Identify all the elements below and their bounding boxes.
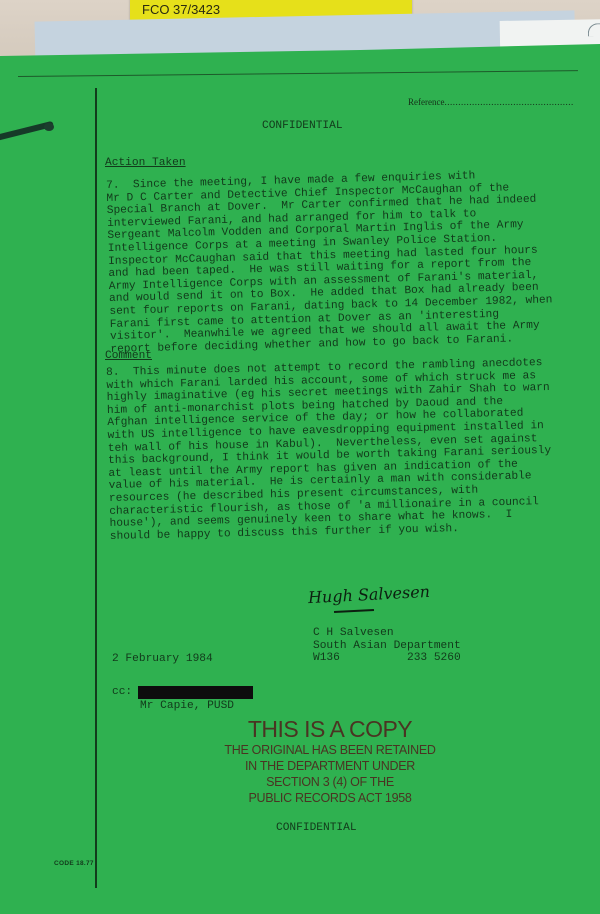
heading-action-taken: Action Taken: [105, 157, 186, 170]
heading-comment: Comment: [105, 350, 152, 363]
cc-recipient: Mr Capie, PUSD: [140, 700, 234, 713]
stamp-line-1: THE ORIGINAL HAS BEEN RETAINED: [200, 742, 460, 758]
reference-field: Reference...............................…: [408, 97, 574, 107]
paragraph-8: 8. This minute does not attempt to recor…: [106, 356, 580, 543]
treasury-tag-knot-icon: [44, 123, 54, 131]
paragraph-7: 7. Since the meeting, I have made a few …: [106, 168, 580, 357]
classification-bottom: CONFIDENTIAL: [276, 822, 357, 835]
signature-block: C H Salvesen South Asian Department W136…: [313, 627, 461, 665]
reference-dots: ........................................…: [444, 97, 573, 107]
pencil-mark: [588, 23, 600, 36]
form-code: CODE 18.77: [54, 860, 94, 867]
stamp-line-2: IN THE DEPARTMENT UNDER: [200, 758, 460, 774]
document-date: 2 February 1984: [112, 653, 213, 666]
margin-rule-line: [95, 88, 97, 888]
stamp-line-4: PUBLIC RECORDS ACT 1958: [200, 790, 460, 806]
stamp-title: THIS IS A COPY: [200, 716, 460, 742]
copy-stamp: THIS IS A COPY THE ORIGINAL HAS BEEN RET…: [200, 716, 460, 806]
reference-label: Reference: [408, 97, 444, 107]
stamp-line-3: SECTION 3 (4) OF THE: [200, 774, 460, 790]
cc-label: cc:: [112, 686, 132, 699]
classification-top: CONFIDENTIAL: [262, 120, 343, 133]
redaction-bar: [138, 686, 253, 699]
file-reference-number: FCO 37/3423: [142, 2, 220, 17]
